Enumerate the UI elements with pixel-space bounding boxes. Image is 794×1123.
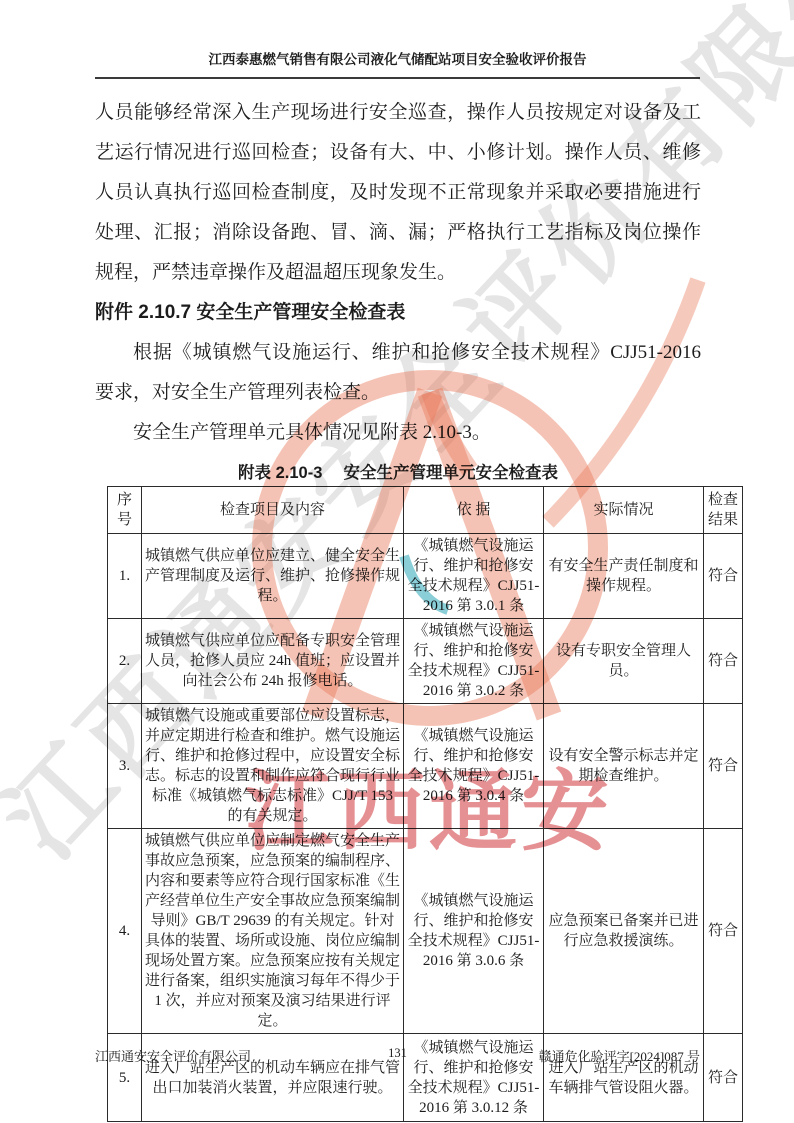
page-number: 131 <box>95 1046 700 1061</box>
cell-actual: 应急预案已备案并已进行应急救援演练。 <box>544 829 704 1034</box>
section-heading: 附件 2.10.7 安全生产管理安全检查表 <box>95 293 701 333</box>
cell-actual: 有安全生产责任制度和操作规程。 <box>544 534 704 619</box>
safety-check-table: 序号 检查项目及内容 依 据 实际情况 检查结果 1. 城镇燃气供应单位应建立、… <box>107 486 743 1122</box>
cell-basis: 《城镇燃气设施运行、维护和抢修安全技术规程》CJJ51-2016 第 3.0.2… <box>404 619 544 704</box>
cell-no: 3. <box>108 704 142 829</box>
body-paragraph-3: 安全生产管理单元具体情况见附表 2.10-3。 <box>95 413 701 453</box>
cell-item: 城镇燃气供应单位应制定燃气安全生产事故应急预案，应急预案的编制程序、内容和要素等… <box>142 829 404 1034</box>
cell-result: 符合 <box>704 534 743 619</box>
col-header-no: 序号 <box>108 487 142 534</box>
document-page: 江西通安安全评价有限公司 江西通安 江西泰惠燃气销售有限公司液化气储配站项目安全… <box>0 0 794 1123</box>
cell-item: 城镇燃气供应单位应建立、健全安全生产管理制度及运行、维护、抢修操作规程。 <box>142 534 404 619</box>
cell-result: 符合 <box>704 1034 743 1122</box>
col-header-basis: 依 据 <box>404 487 544 534</box>
cell-item: 城镇燃气供应单位应配备专职安全管理人员，抢修人员应 24h 值班；应设置并向社会… <box>142 619 404 704</box>
cell-result: 符合 <box>704 704 743 829</box>
cell-result: 符合 <box>704 829 743 1034</box>
cell-basis: 《城镇燃气设施运行、维护和抢修安全技术规程》CJJ51-2016 第 3.0.4… <box>404 704 544 829</box>
table-caption: 附表 2.10-3 安全生产管理单元安全检查表 <box>95 459 701 483</box>
body-paragraph-2: 根据《城镇燃气设施运行、维护和抢修安全技术规程》CJJ51-2016 要求，对安… <box>95 333 701 413</box>
cell-item: 城镇燃气设施或重要部位应设置标志，并应定期进行检查和维护。燃气设施运行、维护和抢… <box>142 704 404 829</box>
cell-no: 4. <box>108 829 142 1034</box>
table-header-row: 序号 检查项目及内容 依 据 实际情况 检查结果 <box>108 487 743 534</box>
cell-basis: 《城镇燃气设施运行、维护和抢修安全技术规程》CJJ51-2016 第 3.0.6… <box>404 829 544 1034</box>
cell-no: 1. <box>108 534 142 619</box>
cell-actual: 设有安全警示标志并定期检查维护。 <box>544 704 704 829</box>
body-paragraph-1: 人员能够经常深入生产现场进行安全巡查，操作人员按规定对设备及工艺运行情况进行巡回… <box>95 93 701 293</box>
page-header: 江西泰惠燃气销售有限公司液化气储配站项目安全验收评价报告 <box>95 48 700 79</box>
cell-basis: 《城镇燃气设施运行、维护和抢修安全技术规程》CJJ51-2016 第 3.0.1… <box>404 534 544 619</box>
report-title: 江西泰惠燃气销售有限公司液化气储配站项目安全验收评价报告 <box>209 52 587 67</box>
col-header-result: 检查结果 <box>704 487 743 534</box>
main-content: 人员能够经常深入生产现场进行安全巡查，操作人员按规定对设备及工艺运行情况进行巡回… <box>95 93 701 1122</box>
page-footer: 江西通安安全评价有限公司 131 赣通危化验评字[2024]087 号 <box>95 1046 700 1065</box>
table-row: 4. 城镇燃气供应单位应制定燃气安全生产事故应急预案，应急预案的编制程序、内容和… <box>108 829 743 1034</box>
col-header-item: 检查项目及内容 <box>142 487 404 534</box>
table-row: 1. 城镇燃气供应单位应建立、健全安全生产管理制度及运行、维护、抢修操作规程。 … <box>108 534 743 619</box>
table-row: 2. 城镇燃气供应单位应配备专职安全管理人员，抢修人员应 24h 值班；应设置并… <box>108 619 743 704</box>
cell-actual: 设有专职安全管理人员。 <box>544 619 704 704</box>
cell-result: 符合 <box>704 619 743 704</box>
col-header-actual: 实际情况 <box>544 487 704 534</box>
table-row: 3. 城镇燃气设施或重要部位应设置标志，并应定期进行检查和维护。燃气设施运行、维… <box>108 704 743 829</box>
cell-no: 2. <box>108 619 142 704</box>
